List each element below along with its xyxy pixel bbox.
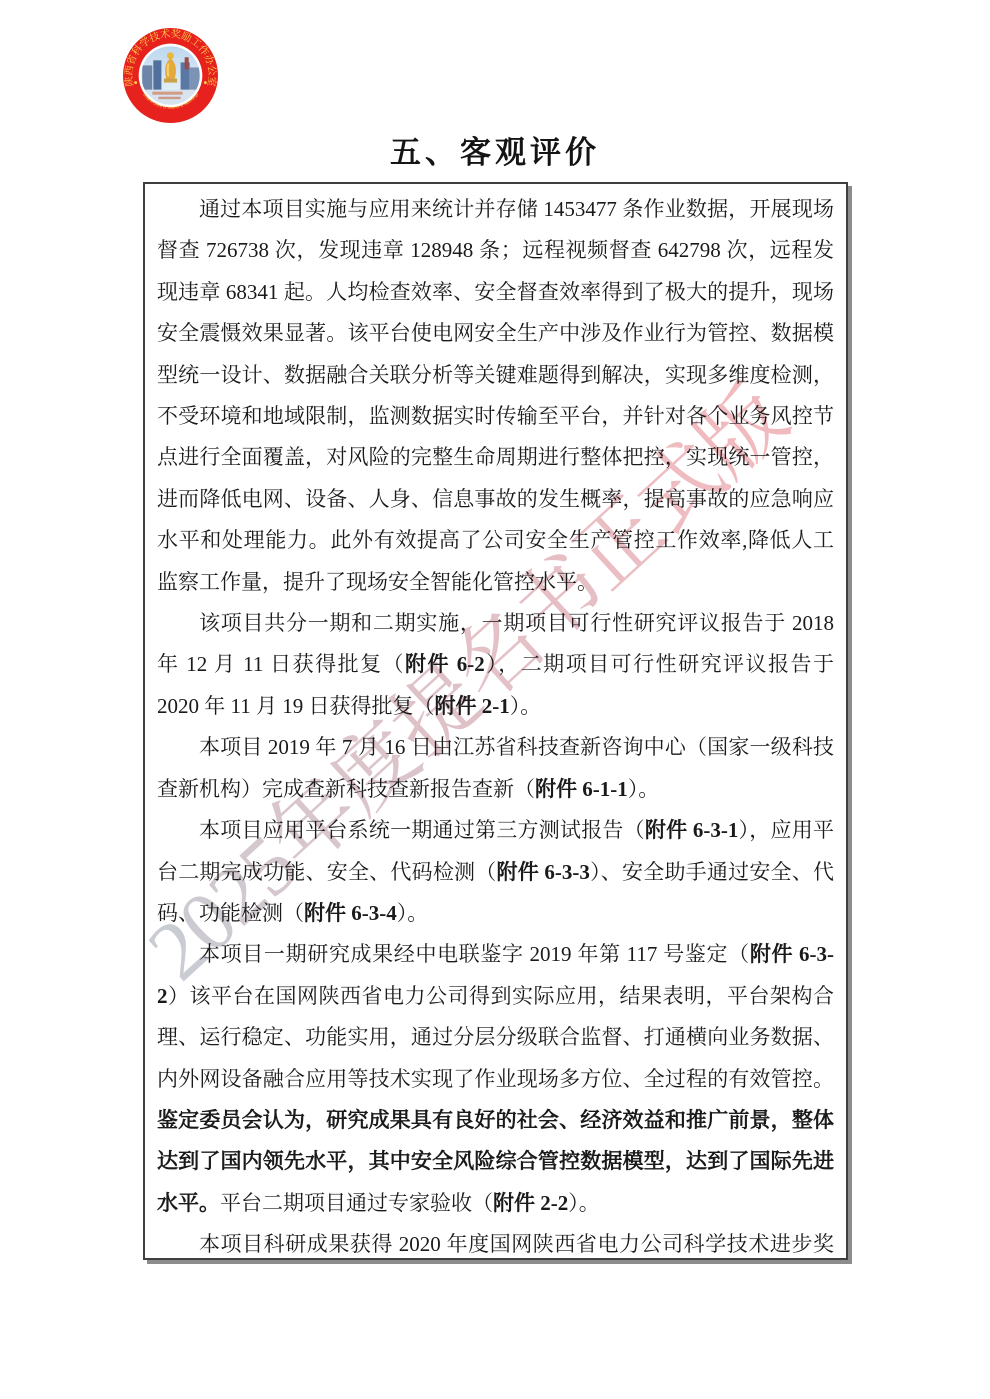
- section-title: 五、客观评价: [0, 127, 990, 172]
- text-run: ）。: [397, 901, 429, 925]
- text-run: ）。: [568, 1191, 600, 1215]
- text-run: 通过本项目实施与应用来统计并存储 1453477 条作业数据，开展现场督查 72…: [157, 197, 834, 594]
- bold-run: 附件 6-3-4: [304, 901, 397, 925]
- bold-run: 附件 6-3-3: [496, 860, 589, 884]
- text-run: 本项目 2019 年 7 月 16 日由江苏省科技查新咨询中心（国家一级科技查新…: [157, 735, 834, 800]
- evaluation-box: 通过本项目实施与应用来统计并存储 1453477 条作业数据，开展现场督查 72…: [143, 182, 848, 1260]
- document-page: 陕西省科学技术奖励工作办公室 Shaanxi Office Of Science…: [0, 0, 990, 1399]
- text-run: ）该平台在国网陕西省电力公司得到实际应用，结果表明，平台架构合理、运行稳定、功能…: [157, 984, 834, 1091]
- text-run: 本项目一期研究成果经中电联鉴字 2019 年第 117 号鉴定（: [199, 942, 750, 966]
- seal-dot-right: [204, 81, 207, 84]
- paragraph: 本项目 2019 年 7 月 16 日由江苏省科技查新咨询中心（国家一级科技查新…: [157, 727, 834, 810]
- bold-run: 附件 6-2: [405, 652, 485, 676]
- bold-run: 附件 2-2: [493, 1191, 568, 1215]
- paragraph: 该项目共分一期和二期实施，一期项目可行性研究评议报告于 2018 年 12 月 …: [157, 603, 834, 727]
- text-run: 平台二期项目通过专家验收（: [220, 1191, 493, 1215]
- text-run: ）。: [628, 777, 660, 801]
- paragraph: 本项目应用平台系统一期通过第三方测试报告（附件 6-3-1），应用平台二期完成功…: [157, 810, 834, 934]
- bold-run: 附件 6-3-1: [645, 818, 738, 842]
- agency-seal-logo: 陕西省科学技术奖励工作办公室 Shaanxi Office Of Science…: [122, 27, 219, 124]
- text-run: 本项目应用平台系统一期通过第三方测试报告（: [199, 818, 645, 842]
- paragraph: 本项目一期研究成果经中电联鉴字 2019 年第 117 号鉴定（附件 6-3-2…: [157, 934, 834, 1224]
- text-run: 本项目科研成果获得 2020 年度国网陕西省电力公司科学技术进步奖二等奖（: [157, 1232, 834, 1260]
- text-run: ）。: [510, 694, 542, 718]
- paragraph: 本项目科研成果获得 2020 年度国网陕西省电力公司科学技术进步奖二等奖（附件 …: [157, 1224, 834, 1260]
- paragraph: 通过本项目实施与应用来统计并存储 1453477 条作业数据，开展现场督查 72…: [157, 189, 834, 603]
- bold-run: 附件 2-1: [434, 694, 509, 718]
- seal-photo: [141, 46, 200, 105]
- bold-run: 附件 6-1-1: [535, 777, 628, 801]
- paragraph-list: 通过本项目实施与应用来统计并存储 1453477 条作业数据，开展现场督查 72…: [157, 189, 834, 1260]
- seal-dot-left: [134, 81, 137, 84]
